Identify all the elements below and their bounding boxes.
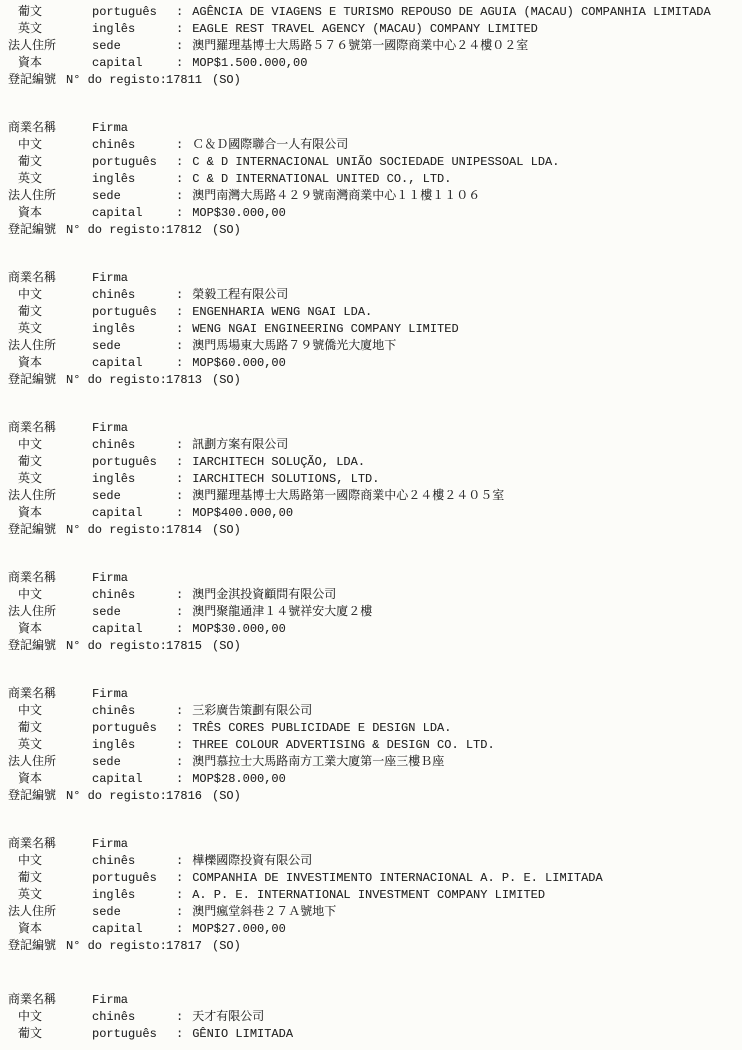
field-value: COMPANHIA DE INVESTIMENTO INTERNACIONAL … [192,871,602,885]
registration-number: 17813 [166,372,202,389]
field-colon: : [176,853,183,870]
field-value-cell: :澳門羅理基博士大馬路５７６號第一國際商業中心２４樓０２室 [176,38,528,55]
field-value-cell: :GÊNIO LIMITADA [176,1026,293,1043]
field-value: 澳門羅理基博士大馬路５７６號第一國際商業中心２４樓０２室 [192,39,528,53]
firma-label-zh: 商業名稱 [8,420,56,437]
field-value-cell: :MOP$27.000,00 [176,921,286,938]
registration-label-pt: N° do registo: [66,638,167,655]
field-label-zh: 葡文 [18,720,42,737]
field-colon: : [176,355,183,372]
field-value-cell: :IARCHITECH SOLUÇÃO, LDA. [176,454,365,471]
field-value-cell: :A. P. E. INTERNATIONAL INVESTMENT COMPA… [176,887,545,904]
field-label-pt: português [92,454,157,471]
field-label-pt: português [92,304,157,321]
field-row-sede: 法人住所sede:澳門慕拉士大馬路南方工業大廈第一座三樓Ｂ座 [0,754,742,771]
registration-note: (SO) [212,938,241,955]
field-value: Ｃ＆Ｄ國際聯合一人有限公司 [192,138,348,152]
field-label-zh: 葡文 [18,4,42,21]
field-colon: : [176,454,183,471]
registration-label-zh: 登記編號 [8,638,56,655]
registration-note: (SO) [212,222,241,239]
entry-header-row: 商業名稱Firma [0,992,742,1009]
field-colon: : [176,1009,183,1026]
field-row-capital: 資本capital:MOP$1.500.000,00 [0,55,742,72]
registration-label-zh: 登記編號 [8,938,56,955]
field-label-zh: 資本 [18,355,42,372]
field-label-zh: 中文 [18,1009,42,1026]
registration-number: 17814 [166,522,202,539]
field-value: MOP$30.000,00 [192,206,286,220]
field-colon: : [176,205,183,222]
field-value-cell: :MOP$30.000,00 [176,621,286,638]
registration-label-pt: N° do registo: [66,788,167,805]
field-label-zh: 葡文 [18,1026,42,1043]
field-value: 澳門馬場東大馬路７９號僑光大廈地下 [192,339,396,353]
field-colon: : [176,154,183,171]
field-row-capital: 資本capital:MOP$27.000,00 [0,921,742,938]
company-entries-list: 葡文português:AGÊNCIA DE VIAGENS E TURISMO… [0,4,742,1043]
field-colon: : [176,921,183,938]
field-value-cell: :TRÊS CORES PUBLICIDADE E DESIGN LDA. [176,720,451,737]
field-label-zh: 中文 [18,437,42,454]
field-colon: : [176,137,183,154]
field-colon: : [176,471,183,488]
field-row-capital: 資本capital:MOP$30.000,00 [0,621,742,638]
field-label-pt: inglês [92,737,135,754]
field-label-zh: 英文 [18,737,42,754]
registration-label-zh: 登記編號 [8,372,56,389]
field-label-zh: 法人住所 [8,754,56,771]
field-row-ingls: 英文inglês:A. P. E. INTERNATIONAL INVESTME… [0,887,742,904]
field-colon: : [176,870,183,887]
field-label-zh: 英文 [18,21,42,38]
field-value-cell: :IARCHITECH SOLUTIONS, LTD. [176,471,379,488]
field-colon: : [176,4,183,21]
registration-row: 登記編號N° do registo:17815(SO) [0,638,742,655]
field-label-pt: português [92,4,157,21]
field-value: MOP$60.000,00 [192,356,286,370]
field-value-cell: :THREE COLOUR ADVERTISING & DESIGN CO. L… [176,737,495,754]
field-colon: : [176,321,183,338]
field-colon: : [176,437,183,454]
company-entry: 商業名稱Firma中文chinês:訊劃方案有限公司葡文português:IA… [0,420,742,539]
field-row-capital: 資本capital:MOP$400.000,00 [0,505,742,522]
field-value: IARCHITECH SOLUÇÃO, LDA. [192,455,365,469]
field-row-sede: 法人住所sede:澳門瘋堂斜巷２７Ａ號地下 [0,904,742,921]
field-label-pt: sede [92,338,121,355]
field-value-cell: :C & D INTERNATIONAL UNITED CO., LTD. [176,171,451,188]
field-label-pt: inglês [92,321,135,338]
field-colon: : [176,21,183,38]
registration-row: 登記編號N° do registo:17812(SO) [0,222,742,239]
field-row-ingls: 英文inglês:C & D INTERNATIONAL UNITED CO.,… [0,171,742,188]
field-label-pt: capital [92,921,142,938]
field-value: THREE COLOUR ADVERTISING & DESIGN CO. LT… [192,738,494,752]
field-label-pt: chinês [92,703,135,720]
field-value-cell: :MOP$60.000,00 [176,355,286,372]
field-value: 澳門金淇投資顧問有限公司 [192,588,336,602]
field-colon: : [176,737,183,754]
registration-label-zh: 登記編號 [8,72,56,89]
registration-note: (SO) [212,372,241,389]
field-label-zh: 法人住所 [8,904,56,921]
field-label-pt: chinês [92,587,135,604]
field-value: 三彩廣告策劃有限公司 [192,704,312,718]
field-value-cell: :C & D INTERNACIONAL UNIÃO SOCIEDADE UNI… [176,154,559,171]
field-colon: : [176,488,183,505]
registration-row: 登記編號N° do registo:17813(SO) [0,372,742,389]
field-value-cell: :EAGLE REST TRAVEL AGENCY (MACAU) COMPAN… [176,21,538,38]
field-label-zh: 英文 [18,321,42,338]
firma-label-pt: Firma [92,120,128,137]
field-label-zh: 中文 [18,853,42,870]
field-label-pt: capital [92,205,142,222]
field-value-cell: :澳門馬場東大馬路７９號僑光大廈地下 [176,338,396,355]
firma-label-pt: Firma [92,570,128,587]
field-value: WENG NGAI ENGINEERING COMPANY LIMITED [192,322,458,336]
field-value: AGÊNCIA DE VIAGENS E TURISMO REPOUSO DE … [192,5,710,19]
field-value: A. P. E. INTERNATIONAL INVESTMENT COMPAN… [192,888,545,902]
entry-header-row: 商業名稱Firma [0,570,742,587]
field-value: 訊劃方案有限公司 [192,438,288,452]
field-label-zh: 資本 [18,621,42,638]
field-colon: : [176,703,183,720]
field-label-zh: 法人住所 [8,488,56,505]
field-label-pt: chinês [92,287,135,304]
field-value: MOP$28.000,00 [192,772,286,786]
field-value-cell: :MOP$30.000,00 [176,205,286,222]
registration-label-zh: 登記編號 [8,522,56,539]
registration-label-pt: N° do registo: [66,372,167,389]
field-value-cell: :三彩廣告策劃有限公司 [176,703,312,720]
field-colon: : [176,338,183,355]
field-label-zh: 資本 [18,505,42,522]
entry-header-row: 商業名稱Firma [0,686,742,703]
company-entry: 商業名稱Firma中文chinês:Ｃ＆Ｄ國際聯合一人有限公司葡文portugu… [0,120,742,239]
field-label-pt: capital [92,355,142,372]
field-row-capital: 資本capital:MOP$60.000,00 [0,355,742,372]
field-value: 澳門南灣大馬路４２９號南灣商業中心１１樓１１０６ [192,189,480,203]
registration-label-zh: 登記編號 [8,788,56,805]
registry-document-page: 葡文português:AGÊNCIA DE VIAGENS E TURISMO… [0,0,742,1043]
registration-row: 登記編號N° do registo:17816(SO) [0,788,742,805]
field-value-cell: :MOP$1.500.000,00 [176,55,307,72]
field-value-cell: :澳門羅理基博士大馬路第一國際商業中心２４樓２４０５室 [176,488,504,505]
field-label-zh: 資本 [18,55,42,72]
field-label-pt: sede [92,754,121,771]
field-value: TRÊS CORES PUBLICIDADE E DESIGN LDA. [192,721,451,735]
field-colon: : [176,304,183,321]
field-value: 榮毅工程有限公司 [192,288,288,302]
field-value-cell: :澳門聚龍通津１４號祥安大廈２樓 [176,604,372,621]
field-value: MOP$30.000,00 [192,622,286,636]
field-row-sede: 法人住所sede:澳門羅理基博士大馬路５７６號第一國際商業中心２４樓０２室 [0,38,742,55]
field-label-zh: 英文 [18,171,42,188]
company-entry: 商業名稱Firma中文chinês:三彩廣告策劃有限公司葡文português:… [0,686,742,805]
field-row-sede: 法人住所sede:澳門羅理基博士大馬路第一國際商業中心２４樓２４０５室 [0,488,742,505]
field-row-portugus: 葡文português:AGÊNCIA DE VIAGENS E TURISMO… [0,4,742,21]
field-colon: : [176,1026,183,1043]
field-row-capital: 資本capital:MOP$30.000,00 [0,205,742,222]
entry-header-row: 商業名稱Firma [0,270,742,287]
field-row-sede: 法人住所sede:澳門南灣大馬路４２９號南灣商業中心１１樓１１０６ [0,188,742,205]
field-label-pt: chinês [92,437,135,454]
field-colon: : [176,621,183,638]
field-label-pt: chinês [92,137,135,154]
company-entry: 商業名稱Firma中文chinês:天才有限公司葡文português:GÊNI… [0,992,742,1043]
field-colon: : [176,38,183,55]
registration-number: 17811 [166,72,202,89]
field-label-zh: 法人住所 [8,604,56,621]
registration-number: 17815 [166,638,202,655]
field-label-pt: inglês [92,21,135,38]
field-value-cell: :Ｃ＆Ｄ國際聯合一人有限公司 [176,137,348,154]
firma-label-pt: Firma [92,992,128,1009]
registration-note: (SO) [212,72,241,89]
field-label-zh: 法人住所 [8,338,56,355]
field-label-zh: 資本 [18,921,42,938]
field-label-zh: 葡文 [18,304,42,321]
field-value-cell: :MOP$28.000,00 [176,771,286,788]
field-colon: : [176,604,183,621]
field-row-ingls: 英文inglês:IARCHITECH SOLUTIONS, LTD. [0,471,742,488]
field-row-portugus: 葡文português:COMPANHIA DE INVESTIMENTO IN… [0,870,742,887]
field-value: 樺櫟國際投資有限公司 [192,854,312,868]
field-value-cell: :榮毅工程有限公司 [176,287,288,304]
firma-label-zh: 商業名稱 [8,836,56,853]
field-label-pt: inglês [92,171,135,188]
field-value-cell: :COMPANHIA DE INVESTIMENTO INTERNACIONAL… [176,870,603,887]
field-row-ingls: 英文inglês:EAGLE REST TRAVEL AGENCY (MACAU… [0,21,742,38]
field-value-cell: :澳門慕拉士大馬路南方工業大廈第一座三樓Ｂ座 [176,754,444,771]
field-row-sede: 法人住所sede:澳門聚龍通津１４號祥安大廈２樓 [0,604,742,621]
field-row-sede: 法人住所sede:澳門馬場東大馬路７９號僑光大廈地下 [0,338,742,355]
field-value-cell: :樺櫟國際投資有限公司 [176,853,312,870]
field-label-zh: 資本 [18,205,42,222]
field-value-cell: :ENGENHARIA WENG NGAI LDA. [176,304,372,321]
registration-label-pt: N° do registo: [66,72,167,89]
firma-label-zh: 商業名稱 [8,570,56,587]
field-colon: : [176,188,183,205]
field-label-zh: 英文 [18,471,42,488]
field-value: 天才有限公司 [192,1010,264,1024]
field-label-zh: 葡文 [18,454,42,471]
field-row-chins: 中文chinês:三彩廣告策劃有限公司 [0,703,742,720]
registration-number: 17817 [166,938,202,955]
field-value: ENGENHARIA WENG NGAI LDA. [192,305,372,319]
firma-label-pt: Firma [92,686,128,703]
field-label-pt: sede [92,604,121,621]
field-colon: : [176,171,183,188]
field-label-zh: 中文 [18,137,42,154]
company-entry: 商業名稱Firma中文chinês:樺櫟國際投資有限公司葡文português:… [0,836,742,955]
field-row-ingls: 英文inglês:WENG NGAI ENGINEERING COMPANY L… [0,321,742,338]
company-entry: 商業名稱Firma中文chinês:澳門金淇投資顧問有限公司法人住所sede:澳… [0,570,742,655]
field-label-pt: português [92,1026,157,1043]
field-value: MOP$400.000,00 [192,506,293,520]
field-colon: : [176,587,183,604]
field-label-pt: sede [92,188,121,205]
field-colon: : [176,887,183,904]
field-value: EAGLE REST TRAVEL AGENCY (MACAU) COMPANY… [192,22,538,36]
field-value-cell: :訊劃方案有限公司 [176,437,288,454]
field-value-cell: :澳門南灣大馬路４２９號南灣商業中心１１樓１１０６ [176,188,480,205]
field-label-pt: sede [92,488,121,505]
field-label-zh: 葡文 [18,154,42,171]
registration-number: 17812 [166,222,202,239]
field-colon: : [176,720,183,737]
field-row-portugus: 葡文português:C & D INTERNACIONAL UNIÃO SO… [0,154,742,171]
field-value: 澳門聚龍通津１４號祥安大廈２樓 [192,605,372,619]
field-label-pt: português [92,154,157,171]
field-value: MOP$27.000,00 [192,922,286,936]
field-label-zh: 法人住所 [8,188,56,205]
field-row-chins: 中文chinês:澳門金淇投資顧問有限公司 [0,587,742,604]
entry-header-row: 商業名稱Firma [0,120,742,137]
field-colon: : [176,55,183,72]
firma-label-zh: 商業名稱 [8,270,56,287]
field-label-pt: inglês [92,471,135,488]
field-label-pt: inglês [92,887,135,904]
field-label-pt: capital [92,771,142,788]
field-value: C & D INTERNACIONAL UNIÃO SOCIEDADE UNIP… [192,155,559,169]
firma-label-zh: 商業名稱 [8,120,56,137]
field-colon: : [176,771,183,788]
field-row-chins: 中文chinês:Ｃ＆Ｄ國際聯合一人有限公司 [0,137,742,154]
company-entry: 葡文português:AGÊNCIA DE VIAGENS E TURISMO… [0,4,742,89]
registration-note: (SO) [212,788,241,805]
company-entry: 商業名稱Firma中文chinês:榮毅工程有限公司葡文português:EN… [0,270,742,389]
registration-row: 登記編號N° do registo:17817(SO) [0,938,742,955]
field-row-portugus: 葡文português:GÊNIO LIMITADA [0,1026,742,1043]
field-value-cell: :MOP$400.000,00 [176,505,293,522]
firma-label-pt: Firma [92,836,128,853]
field-row-chins: 中文chinês:榮毅工程有限公司 [0,287,742,304]
entry-header-row: 商業名稱Firma [0,420,742,437]
field-value: IARCHITECH SOLUTIONS, LTD. [192,472,379,486]
registration-note: (SO) [212,522,241,539]
field-value: MOP$1.500.000,00 [192,56,307,70]
field-label-zh: 英文 [18,887,42,904]
registration-note: (SO) [212,638,241,655]
field-colon: : [176,754,183,771]
field-row-chins: 中文chinês:樺櫟國際投資有限公司 [0,853,742,870]
field-row-ingls: 英文inglês:THREE COLOUR ADVERTISING & DESI… [0,737,742,754]
field-value-cell: :澳門瘋堂斜巷２７Ａ號地下 [176,904,336,921]
field-label-zh: 法人住所 [8,38,56,55]
registration-label-pt: N° do registo: [66,222,167,239]
registration-label-zh: 登記編號 [8,222,56,239]
field-value: 澳門瘋堂斜巷２７Ａ號地下 [192,905,336,919]
field-colon: : [176,287,183,304]
field-row-portugus: 葡文português:IARCHITECH SOLUÇÃO, LDA. [0,454,742,471]
field-value: C & D INTERNATIONAL UNITED CO., LTD. [192,172,451,186]
firma-label-zh: 商業名稱 [8,992,56,1009]
field-label-pt: capital [92,505,142,522]
field-label-pt: português [92,870,157,887]
registration-label-pt: N° do registo: [66,522,167,539]
field-row-capital: 資本capital:MOP$28.000,00 [0,771,742,788]
field-label-pt: sede [92,38,121,55]
field-label-pt: capital [92,621,142,638]
registration-number: 17816 [166,788,202,805]
field-value: GÊNIO LIMITADA [192,1027,293,1041]
field-label-pt: capital [92,55,142,72]
registration-row: 登記編號N° do registo:17811(SO) [0,72,742,89]
field-label-zh: 資本 [18,771,42,788]
field-label-zh: 中文 [18,587,42,604]
field-value-cell: :天才有限公司 [176,1009,264,1026]
field-label-pt: sede [92,904,121,921]
field-label-zh: 中文 [18,703,42,720]
field-colon: : [176,505,183,522]
field-label-pt: chinês [92,853,135,870]
registration-row: 登記編號N° do registo:17814(SO) [0,522,742,539]
field-value: 澳門羅理基博士大馬路第一國際商業中心２４樓２４０５室 [192,489,504,503]
field-label-zh: 中文 [18,287,42,304]
field-label-zh: 葡文 [18,870,42,887]
field-value-cell: :WENG NGAI ENGINEERING COMPANY LIMITED [176,321,459,338]
field-row-chins: 中文chinês:天才有限公司 [0,1009,742,1026]
field-row-portugus: 葡文português:ENGENHARIA WENG NGAI LDA. [0,304,742,321]
field-value: 澳門慕拉士大馬路南方工業大廈第一座三樓Ｂ座 [192,755,444,769]
firma-label-zh: 商業名稱 [8,686,56,703]
entry-header-row: 商業名稱Firma [0,836,742,853]
field-row-chins: 中文chinês:訊劃方案有限公司 [0,437,742,454]
field-label-pt: português [92,720,157,737]
field-row-portugus: 葡文português:TRÊS CORES PUBLICIDADE E DES… [0,720,742,737]
registration-label-pt: N° do registo: [66,938,167,955]
field-value-cell: :AGÊNCIA DE VIAGENS E TURISMO REPOUSO DE… [176,4,711,21]
firma-label-pt: Firma [92,420,128,437]
field-label-pt: chinês [92,1009,135,1026]
firma-label-pt: Firma [92,270,128,287]
field-value-cell: :澳門金淇投資顧問有限公司 [176,587,336,604]
field-colon: : [176,904,183,921]
